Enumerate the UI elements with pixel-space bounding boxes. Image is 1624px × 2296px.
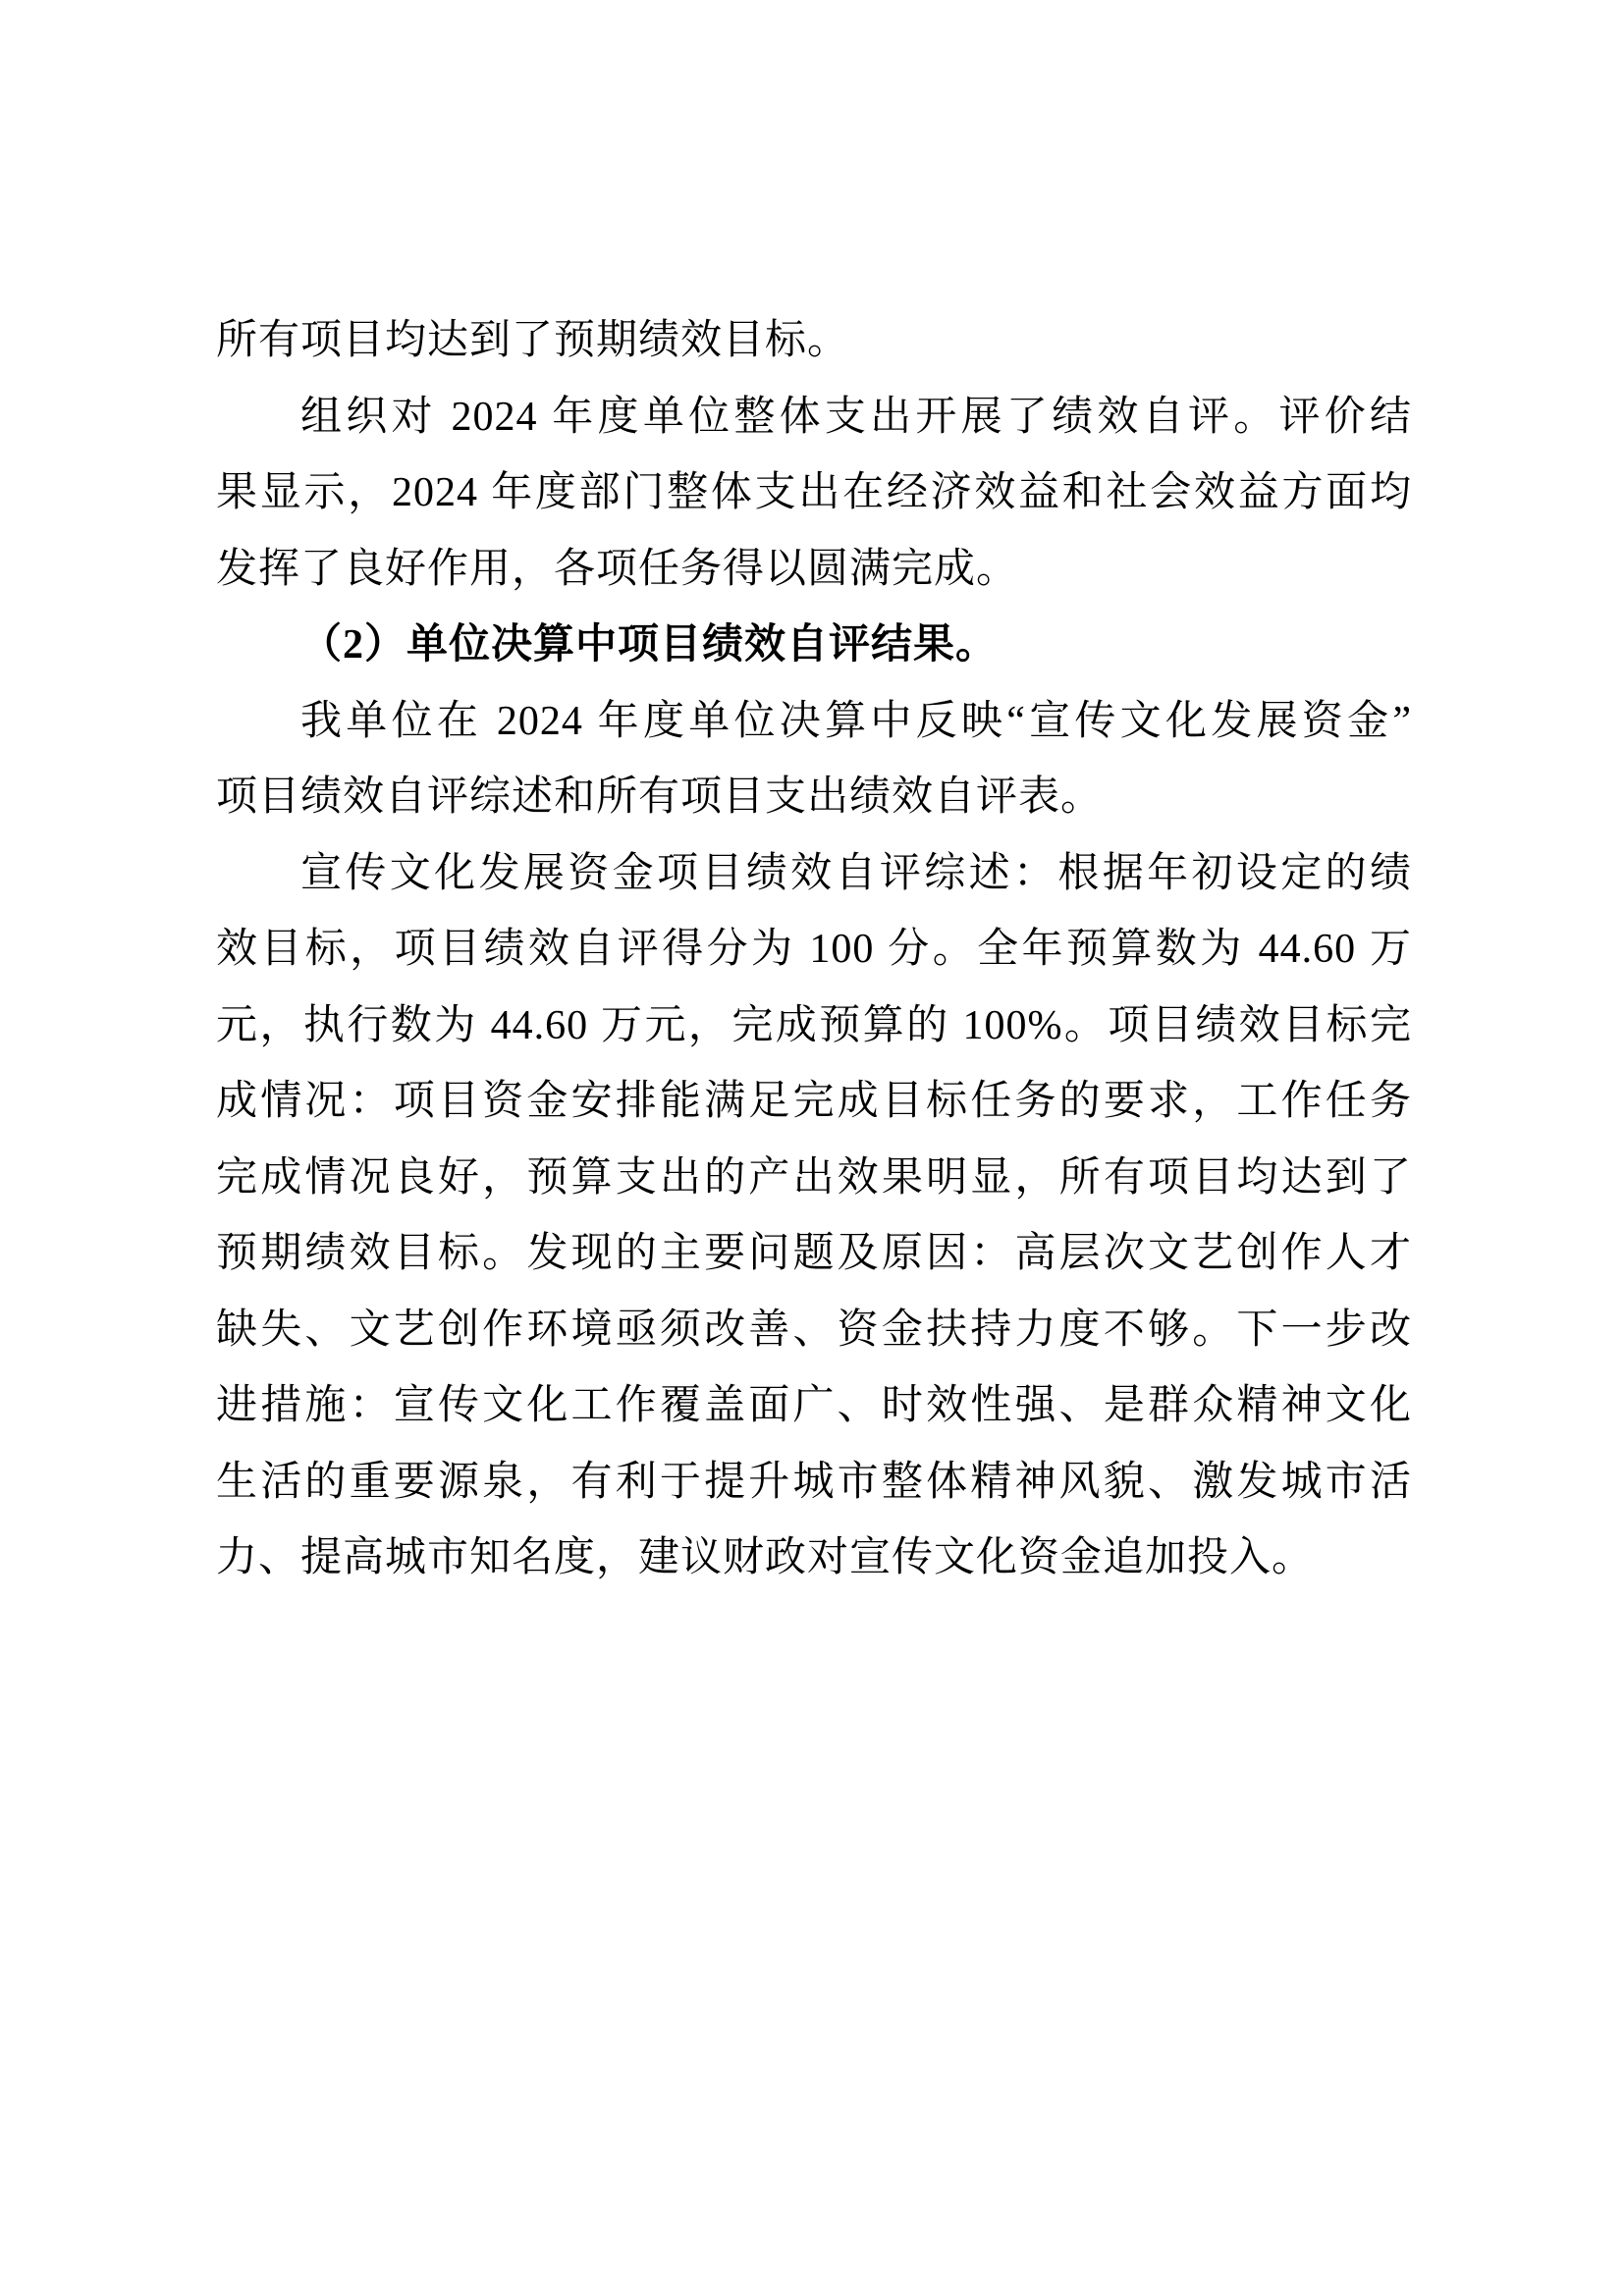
document-page: 所有项目均达到了预期绩效目标。 组织对 2024 年度单位整体支出开展了绩效自评… <box>0 0 1624 2296</box>
text-line: 完成情况良好，预算支出的产出效果明显，所有项目均达到了 <box>216 1141 1412 1217</box>
text-line: 进措施：宣传文化工作覆盖面广、时效性强、是群众精神文化 <box>216 1368 1412 1445</box>
text-line: 预期绩效目标。发现的主要问题及原因：高层次文艺创作人才 <box>216 1216 1412 1293</box>
text-line: 元，执行数为 44.60 万元，完成预算的 100%。项目绩效目标完 <box>216 988 1412 1065</box>
text-line: 我单位在 2024 年度单位决算中反映“宣传文化发展资金” <box>216 684 1412 761</box>
page-content: 所有项目均达到了预期绩效目标。 组织对 2024 年度单位整体支出开展了绩效自评… <box>216 303 1412 1597</box>
text-line: 力、提高城市知名度，建议财政对宣传文化资金追加投入。 <box>216 1521 1412 1597</box>
text-line: 成情况：项目资金安排能满足完成目标任务的要求，工作任务 <box>216 1064 1412 1141</box>
text-line: 生活的重要源泉，有利于提升城市整体精神风貌、激发城市活 <box>216 1445 1412 1522</box>
text-line: 宣传文化发展资金项目绩效自评综述：根据年初设定的绩 <box>216 836 1412 913</box>
text-line: 项目绩效自评综述和所有项目支出绩效自评表。 <box>216 760 1412 836</box>
text-line: 所有项目均达到了预期绩效目标。 <box>216 303 1412 380</box>
section-heading: （2）单位决算中项目绩效自评结果。 <box>216 608 1412 684</box>
text-line: 缺失、文艺创作环境亟须改善、资金扶持力度不够。下一步改 <box>216 1293 1412 1369</box>
paragraph-project-self-evaluation-detail: 宣传文化发展资金项目绩效自评综述：根据年初设定的绩 效目标，项目绩效自评得分为 … <box>216 836 1412 1597</box>
text-line: 效目标，项目绩效自评得分为 100 分。全年预算数为 44.60 万 <box>216 912 1412 988</box>
heading-line: （2）单位决算中项目绩效自评结果。 <box>216 608 1412 684</box>
text-line: 发挥了良好作用，各项任务得以圆满完成。 <box>216 532 1412 609</box>
text-line: 组织对 2024 年度单位整体支出开展了绩效自评。评价结 <box>216 380 1412 456</box>
paragraph-project-summary-intro: 我单位在 2024 年度单位决算中反映“宣传文化发展资金” 项目绩效自评综述和所… <box>216 684 1412 836</box>
text-line: 果显示，2024 年度部门整体支出在经济效益和社会效益方面均 <box>216 455 1412 532</box>
paragraph-continuation: 所有项目均达到了预期绩效目标。 <box>216 303 1412 380</box>
paragraph-overall-self-evaluation: 组织对 2024 年度单位整体支出开展了绩效自评。评价结 果显示，2024 年度… <box>216 380 1412 609</box>
